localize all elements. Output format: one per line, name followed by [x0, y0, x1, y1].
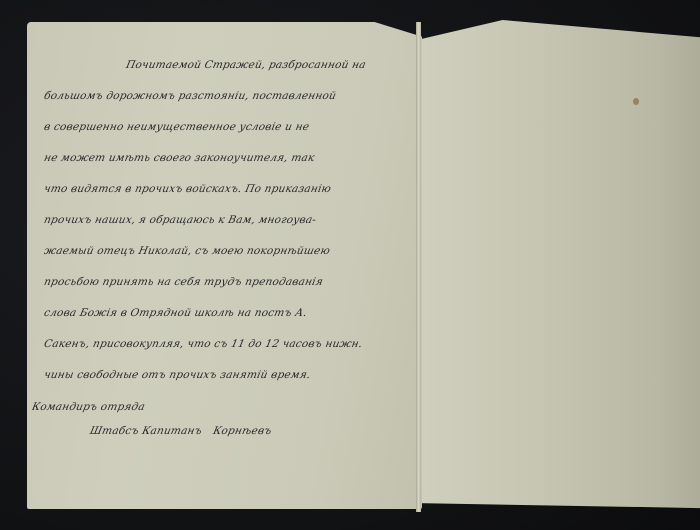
text-line-2: большомъ дорожномъ разстояніи, поставлен…: [44, 81, 416, 112]
handwritten-text: жаемый отецъ Николай, съ моею покорнѣйше…: [44, 236, 333, 267]
closing-signature-line: Штабсъ Капитанъ Корнѣевъ: [44, 419, 416, 443]
text-line-10: Сакенъ, присовокупляя, что съ 11 до 12 ч…: [44, 329, 416, 360]
page-gutter: [416, 22, 421, 512]
text-line-9: слова Божія в Отрядной школѣ на постъ А.: [44, 298, 416, 329]
text-line-1: Почитаемой Стражей, разбросанной на: [44, 50, 416, 81]
closing-position: Командиръ отряда: [32, 395, 416, 419]
text-line-11: чины свободные отъ прочихъ занятій время…: [44, 360, 416, 391]
paper-stain: [633, 98, 639, 105]
text-line-5: что видятся в прочихъ войскахъ. По прика…: [44, 174, 416, 205]
handwritten-text: Командиръ отряда: [32, 395, 147, 419]
signature: Корнѣевъ: [211, 419, 275, 443]
handwritten-text: что видятся в прочихъ войскахъ. По прика…: [44, 174, 334, 205]
handwritten-text: прочихъ наших, я обращаюсь к Вам, многоу…: [44, 205, 319, 236]
right-page-blank: [418, 20, 700, 513]
handwritten-text: слова Божія в Отрядной школѣ на постъ А.: [44, 298, 310, 329]
text-line-6: прочихъ наших, я обращаюсь к Вам, многоу…: [44, 205, 416, 236]
text-line-8: просьбою принять на себя трудъ преподава…: [44, 267, 416, 298]
handwritten-text: не может имѣть своего законоучителя, так: [44, 143, 318, 174]
handwritten-text: большомъ дорожномъ разстояніи, поставлен…: [44, 81, 339, 112]
handwritten-text: Почитаемой Стражей, разбросанной на: [123, 50, 369, 81]
handwritten-text: чины свободные отъ прочихъ занятій время…: [44, 360, 314, 391]
handwritten-text: в совершенно неимущественное условіе и н…: [44, 112, 312, 143]
text-line-3: в совершенно неимущественное условіе и н…: [44, 112, 416, 143]
text-line-4: не может имѣть своего законоучителя, так: [44, 143, 416, 174]
letter-text: Почитаемой Стражей, разбросанной на боль…: [44, 50, 416, 443]
handwritten-text: просьбою принять на себя трудъ преподава…: [44, 267, 326, 298]
rank-text: Штабсъ Капитанъ: [87, 419, 204, 443]
text-line-7: жаемый отецъ Николай, съ моею покорнѣйше…: [44, 236, 416, 267]
handwritten-text: Сакенъ, присовокупляя, что съ 11 до 12 ч…: [44, 329, 366, 360]
letter-closing: Командиръ отряда Штабсъ Капитанъ Корнѣев…: [44, 395, 416, 443]
